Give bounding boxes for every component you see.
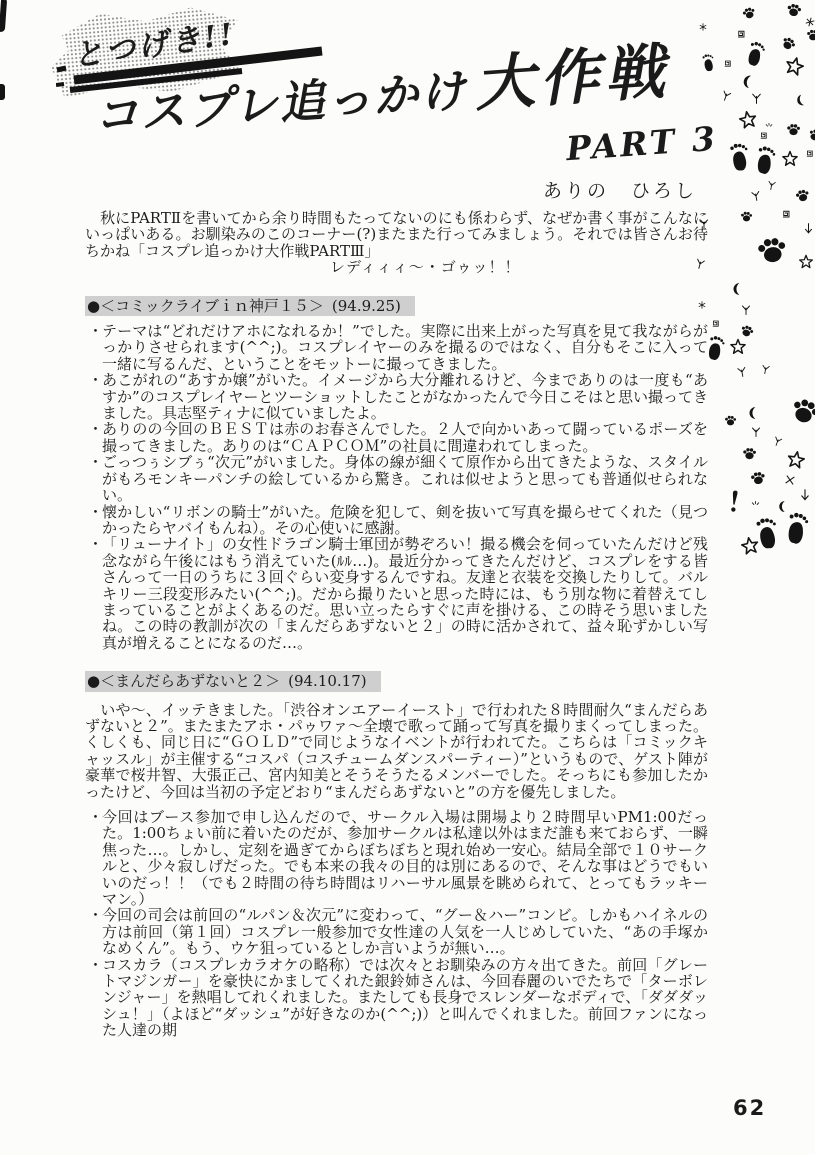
bullet-text: コスカラ（コスプレカラオケの略称）では次々とお馴染みの方々出てきた。前回「グレー… [102, 956, 708, 1040]
paw-print-icon [724, 414, 737, 427]
paw-print-icon [753, 231, 790, 268]
scanned-page: とつげき!! コスプレ追っかけ大作戦 PART 3 ありの ひろし 秋にPART… [0, 0, 815, 1155]
bird-track-icon [718, 88, 733, 103]
spiral-icon [780, 208, 792, 220]
bullet-marker: ・ [88, 957, 103, 973]
bullet-marker: ・ [88, 536, 103, 552]
bird-track-icon [750, 92, 763, 105]
bullet-text: 今回はブース参加で申し込んだので、サークル入場は開場より２時間早いPM1:00だ… [102, 808, 708, 908]
heading-bullet-icon: ● [87, 297, 100, 315]
section-heading: ●＜まんだらあずないと２＞(94.10.17) [85, 671, 381, 691]
paw-print-icon [738, 322, 756, 340]
bullet-marker: ・ [88, 809, 103, 825]
sparkle-icon [764, 122, 774, 132]
star-icon [798, 254, 814, 270]
bullet-text: 今回の司会は前回の“ルパン＆次元”に変わって、“グー＆ハー”コンビ。しかもハイネ… [102, 906, 708, 957]
paw-print-icon [749, 469, 768, 488]
star-icon [784, 448, 807, 471]
bird-track-icon [749, 189, 763, 203]
spiral-icon [804, 148, 815, 159]
title-emphasis: 大作戦 [472, 37, 671, 120]
paw-print-icon [740, 4, 758, 22]
star-icon [738, 534, 761, 557]
footprint-icon [780, 508, 815, 549]
star-icon [729, 338, 747, 356]
section-1: ●＜コミックライブｉｎ神戸１５＞(94.9.25)・テーマは“どれだけアホになれ… [85, 296, 708, 652]
article-body: 秋にPARTⅡを書いてから余り時間もたってないのにも係わらず、なぜか書く事がこん… [85, 210, 708, 1039]
bullet-marker: ・ [88, 454, 103, 470]
author-name: ありの ひろし [543, 176, 697, 203]
crescent-moon-icon [730, 282, 744, 296]
bullet-item: ・今回の司会は前回の“ルパン＆次元”に変わって、“グー＆ハー”コンビ。しかもハイ… [85, 907, 708, 956]
section-date: (94.10.17) [288, 672, 367, 690]
bullet-text: 「リューナイト」の女性ドラゴン騎士軍団が勢ぞろい！撮る機会を伺っていたんだけど残… [102, 535, 708, 651]
bullet-item: ・今回はブース参加で申し込んだので、サークル入場は開場より２時間早いPM1:00… [85, 809, 708, 907]
paw-print-icon [793, 186, 811, 204]
bird-track-icon [740, 304, 752, 316]
bullet-text: 懐かしい“リボンの騎士”がいた。危険を犯して、剣を抜いて写真を撮らせてくれた（見… [102, 503, 708, 537]
sections: ●＜コミックライブｉｎ神戸１５＞(94.9.25)・テーマは“どれだけアホになれ… [85, 296, 708, 1039]
bullet-item: ・テーマは“どれだけアホになれるか！”でした。実際に出来上がった写真を見て我なが… [85, 323, 708, 372]
paw-print-icon [785, 1, 804, 20]
section-heading: ●＜コミックライブｉｎ神戸１５＞(94.9.25) [85, 296, 415, 316]
bullet-marker: ・ [88, 504, 103, 520]
spiral-icon [735, 28, 747, 40]
section-2: ●＜まんだらあずないと２＞(94.10.17) いや～、イッテきました。「渋谷オ… [85, 671, 708, 1039]
spiral-icon [722, 58, 733, 69]
bullet-item: ・「リューナイト」の女性ドラゴン騎士軍団が勢ぞろい！撮る機会を伺っていたんだけど… [85, 536, 708, 651]
bullet-text: ごっつぅシブぅ“次元”がいました。身体の線が細くて原作から出てきたような、スタイ… [102, 453, 708, 504]
intro-paragraph: 秋にPARTⅡを書いてから余り時間もたってないのにも係わらず、なぜか書く事がこん… [85, 210, 708, 259]
asterisk-icon [803, 15, 815, 30]
paw-print-icon [778, 33, 798, 53]
star-icon [782, 54, 808, 80]
exclamation-icon [720, 486, 749, 515]
paw-print-icon [806, 28, 815, 42]
bird-track-icon [765, 179, 778, 192]
bullet-marker: ・ [88, 372, 103, 388]
bullet-marker: ・ [88, 323, 103, 339]
crescent-moon-icon [793, 93, 809, 109]
page-number: 62 [733, 1096, 766, 1120]
section-intro: いや～、イッテきました。「渋谷オンエアーイースト」で行われた８時間耐久“まんだら… [85, 702, 708, 800]
crescent-moon-icon [746, 406, 760, 420]
bullet-item: ・ありのの今回のＢＥＳＴは赤のお春さんでした。２人で向かいあって闘っているポーズ… [85, 421, 708, 454]
heading-bullet-icon: ● [87, 672, 100, 690]
bullet-marker: ・ [88, 907, 103, 923]
paw-print-icon [786, 392, 815, 430]
paw-print-icon [742, 446, 757, 461]
asterisk-icon [698, 22, 708, 32]
section-date: (94.9.25) [332, 297, 401, 315]
crescent-moon-icon [739, 73, 756, 90]
bird-track-icon [770, 434, 784, 448]
title-part: PART 3 [565, 119, 719, 168]
scan-artifact [0, 0, 7, 32]
bird-track-icon [750, 426, 762, 438]
footprint-icon [724, 138, 760, 174]
spiral-icon [758, 130, 769, 141]
bullet-marker: ・ [88, 421, 103, 437]
bullet-text: ありのの今回のＢＥＳＴは赤のお春さんでした。２人で向かいあって闘っているポーズを… [102, 420, 708, 454]
footprint-icon [749, 511, 791, 553]
spiral-icon [710, 318, 721, 329]
footprint-icon [750, 142, 786, 178]
arrow-down-icon [798, 488, 812, 502]
section-title: ＜コミックライブｉｎ神戸１５＞ [100, 297, 324, 315]
footprint-icon [741, 37, 775, 71]
star-icon [736, 108, 759, 131]
bullet-text: あこがれの“あすか嬢”がいた。イメージから大分離れるけど、今までありのは一度も“… [102, 371, 708, 422]
star-icon [781, 150, 799, 168]
paw-print-icon [740, 210, 753, 223]
bullet-item: ・コスカラ（コスプレカラオケの略称）では次々とお馴染みの方々出てきた。前回「グレ… [85, 957, 708, 1039]
bullet-item: ・あこがれの“あすか嬢”がいた。イメージから大分離れるけど、今までありのは一度も… [85, 372, 708, 421]
paw-print-icon [786, 122, 801, 137]
crescent-moon-icon [776, 500, 789, 513]
scan-artifact [0, 84, 5, 100]
bird-track-icon [735, 365, 749, 379]
paw-print-icon [806, 126, 815, 144]
arrow-down-icon [802, 222, 815, 235]
bullet-item: ・懐かしい“リボンの騎士”がいた。危険を犯して、剣を抜いて写真を撮らせてくれた（… [85, 504, 708, 537]
bullet-text: テーマは“どれだけアホになれるか！”でした。実際に出来上がった写真を見て我ながら… [102, 322, 708, 373]
intro-shout: レディィィ～・ゴゥッ！！ [85, 259, 708, 275]
section-title: ＜まんだらあずないと２＞ [100, 672, 280, 690]
sparkle-icon [750, 500, 761, 511]
bullet-item: ・ごっつぅシブぅ“次元”がいました。身体の線が細くて原作から出てきたような、スタ… [85, 454, 708, 503]
bird-track-icon [759, 363, 772, 376]
cross-icon [783, 473, 797, 487]
title-main: コスプレ追っかけ [92, 64, 469, 143]
footprint-icon [698, 50, 721, 73]
